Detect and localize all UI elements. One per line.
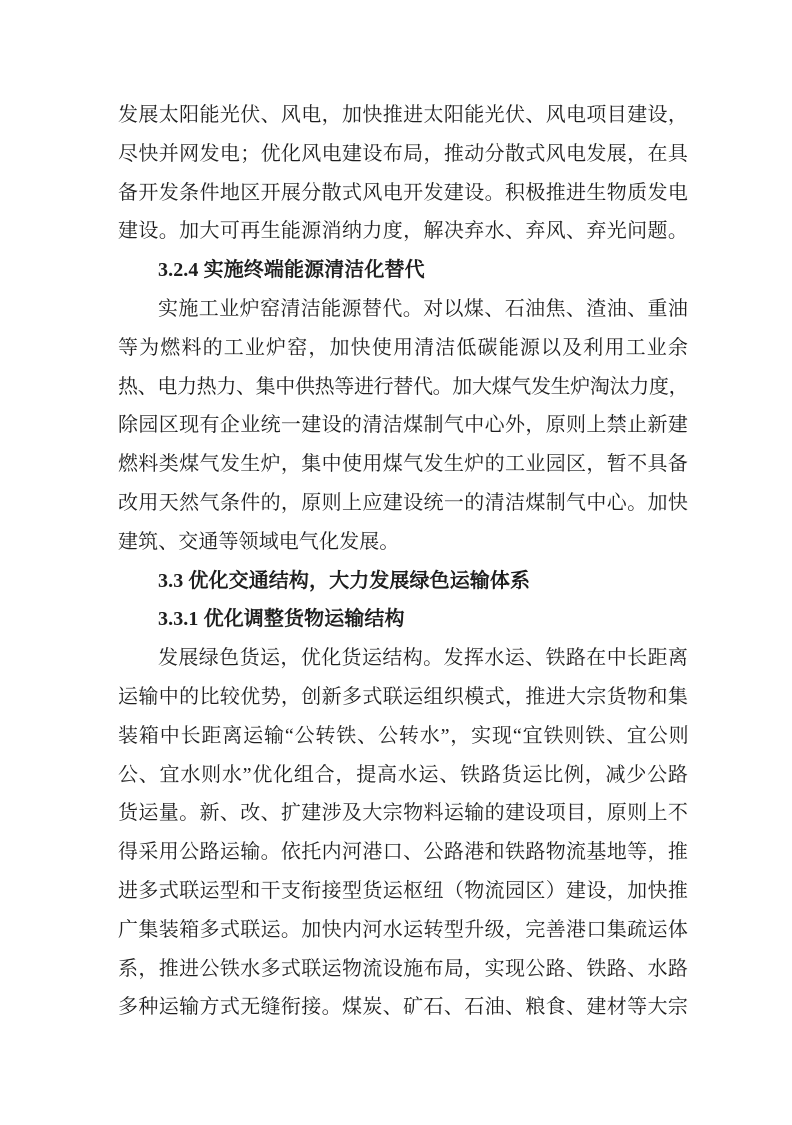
text-line: 广集装箱多式联运。加快内河水运转型升级，完善港口集疏运体 bbox=[118, 911, 688, 950]
text-line: 建设。加大可再生能源消纳力度，解决弃水、弃风、弃光问题。 bbox=[118, 212, 688, 251]
text-line: 公、宜水则水”优化组合，提高水运、铁路货运比例，减少公路 bbox=[118, 756, 688, 795]
text-line: 备开发条件地区开展分散式风电开发建设。积极推进生物质发电 bbox=[118, 174, 688, 213]
text-line: 热、电力热力、集中供热等进行替代。加大煤气发生炉淘汰力度， bbox=[118, 368, 688, 407]
text-line: 建筑、交通等领域电气化发展。 bbox=[118, 523, 688, 562]
text-line: 实施工业炉窑清洁能源替代。对以煤、石油焦、渣油、重油 bbox=[118, 290, 688, 329]
text-line: 除园区现有企业统一建设的清洁煤制气中心外，原则上禁止新建 bbox=[118, 406, 688, 445]
section-heading-line: 3.3 优化交通结构，大力发展绿色运输体系 bbox=[118, 562, 688, 601]
text-line: 尽快并网发电；优化风电建设布局，推动分散式风电发展，在具 bbox=[118, 135, 688, 174]
text-line: 装箱中长距离运输“公转铁、公转水”，实现“宜铁则铁、宜公则 bbox=[118, 717, 688, 756]
text-line: 系，推进公铁水多式联运物流设施布局，实现公路、铁路、水路 bbox=[118, 950, 688, 989]
text-line: 燃料类煤气发生炉，集中使用煤气发生炉的工业园区，暂不具备 bbox=[118, 445, 688, 484]
section-heading-line: 3.2.4 实施终端能源清洁化替代 bbox=[118, 251, 688, 290]
text-line: 进多式联运型和干支衔接型货运枢纽（物流园区）建设，加快推 bbox=[118, 872, 688, 911]
text-line: 货运量。新、改、扩建涉及大宗物料运输的建设项目，原则上不 bbox=[118, 794, 688, 833]
text-line: 多种运输方式无缝衔接。煤炭、矿石、石油、粮食、建材等大宗 bbox=[118, 988, 688, 1027]
text-line: 运输中的比较优势，创新多式联运组织模式，推进大宗货物和集 bbox=[118, 678, 688, 717]
document-text-block: 发展太阳能光伏、风电，加快推进太阳能光伏、风电项目建设，尽快并网发电；优化风电建… bbox=[118, 96, 688, 1027]
document-page: 发展太阳能光伏、风电，加快推进太阳能光伏、风电项目建设，尽快并网发电；优化风电建… bbox=[0, 0, 792, 1125]
text-line: 等为燃料的工业炉窑，加快使用清洁低碳能源以及利用工业余 bbox=[118, 329, 688, 368]
section-heading-line: 3.3.1 优化调整货物运输结构 bbox=[118, 600, 688, 639]
text-line: 得采用公路运输。依托内河港口、公路港和铁路物流基地等，推 bbox=[118, 833, 688, 872]
text-line: 发展绿色货运，优化货运结构。发挥水运、铁路在中长距离 bbox=[118, 639, 688, 678]
text-line: 发展太阳能光伏、风电，加快推进太阳能光伏、风电项目建设， bbox=[118, 96, 688, 135]
text-line: 改用天然气条件的，原则上应建设统一的清洁煤制气中心。加快 bbox=[118, 484, 688, 523]
